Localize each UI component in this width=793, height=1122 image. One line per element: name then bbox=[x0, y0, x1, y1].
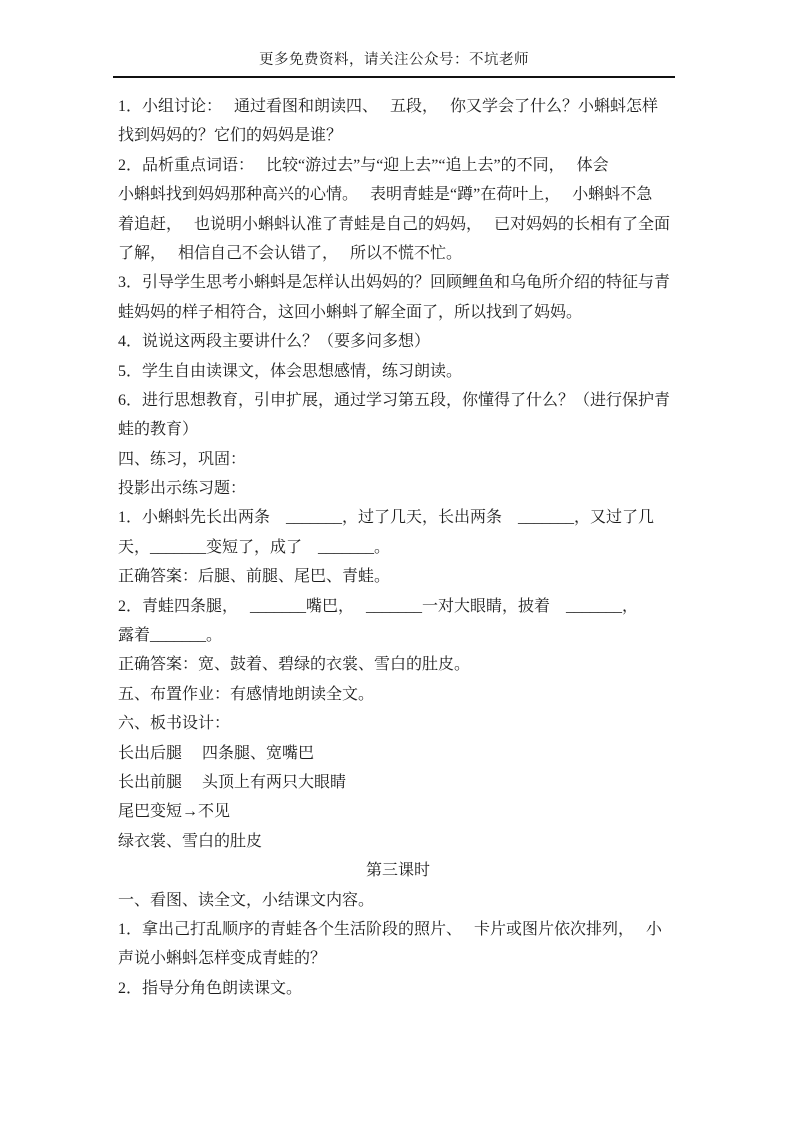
doc-line: 2．品析重点词语： 比较“游过去”与“迎上去”“追上去”的不同， 体会 bbox=[118, 151, 678, 180]
document-body: 1．小组讨论： 通过看图和朗读四、 五段， 你又学会了什么？小蝌蚪怎样 找到妈妈… bbox=[118, 92, 678, 1003]
doc-line: 一、看图、读全文，小结课文内容。 bbox=[118, 886, 678, 915]
doc-line: 2．指导分角色朗读课文。 bbox=[118, 974, 678, 1003]
doc-line: 五、布置作业：有感情地朗读全文。 bbox=[118, 680, 678, 709]
doc-line: 蛙的教育） bbox=[118, 415, 678, 444]
doc-line-board-design: 绿衣裳、雪白的肚皮 bbox=[118, 827, 678, 856]
doc-line-answer: 正确答案：宽、鼓着、碧绿的衣裳、雪白的肚皮。 bbox=[118, 650, 678, 679]
doc-line: 六、板书设计： bbox=[118, 709, 678, 738]
doc-line-board-design: 长出前腿 头顶上有两只大眼睛 bbox=[118, 768, 678, 797]
doc-line: 小蝌蚪找到妈妈那种高兴的心情。 表明青蛙是“蹲”在荷叶上， 小蝌蚪不急 bbox=[118, 180, 678, 209]
doc-line: 4．说说这两段主要讲什么？（要多问多想） bbox=[118, 327, 678, 356]
page-header-note: 更多免费资料，请关注公众号：不坑老师 bbox=[113, 50, 675, 78]
doc-line-board-design: 长出后腿 四条腿、宽嘴巴 bbox=[118, 739, 678, 768]
document-page: 更多免费资料，请关注公众号：不坑老师 1．小组讨论： 通过看图和朗读四、 五段，… bbox=[0, 0, 793, 1122]
doc-line-answer: 正确答案：后腿、前腿、尾巴、青蛙。 bbox=[118, 562, 678, 591]
doc-line: 5．学生自由读课文，体会思想感情，练习朗读。 bbox=[118, 357, 678, 386]
doc-line: 3．引导学生思考小蝌蚪是怎样认出妈妈的？回顾鲤鱼和乌龟所介绍的特征与青 bbox=[118, 268, 678, 297]
doc-line: 6．进行思想教育，引申扩展，通过学习第五段，你懂得了什么？（进行保护青 bbox=[118, 386, 678, 415]
doc-line: 了解， 相信自己不会认错了， 所以不慌不忙。 bbox=[118, 239, 678, 268]
doc-line: 1．小组讨论： 通过看图和朗读四、 五段， 你又学会了什么？小蝌蚪怎样 bbox=[118, 92, 678, 121]
doc-line: 找到妈妈的？它们的妈妈是谁？ bbox=[118, 121, 678, 150]
doc-line-blank-exercise: 天，_______变短了，成了 _______。 bbox=[118, 533, 678, 562]
doc-line: 声说小蝌蚪怎样变成青蛙的？ bbox=[118, 944, 678, 973]
doc-line: 蛙妈妈的样子相符合，这回小蝌蚪了解全面了，所以找到了妈妈。 bbox=[118, 298, 678, 327]
doc-line-blank-exercise: 2．青蛙四条腿， _______嘴巴， _______一对大眼睛，披着 ____… bbox=[118, 592, 678, 621]
doc-line-board-design: 尾巴变短→不见 bbox=[118, 797, 678, 826]
doc-line: 四、练习，巩固： bbox=[118, 445, 678, 474]
header-text: 更多免费资料，请关注公众号：不坑老师 bbox=[259, 52, 529, 68]
doc-line: 1．拿出己打乱顺序的青蛙各个生活阶段的照片、 卡片或图片依次排列， 小 bbox=[118, 915, 678, 944]
doc-line-blank-exercise: 1．小蝌蚪先长出两条 _______，过了几天，长出两条 _______，又过了… bbox=[118, 503, 678, 532]
doc-line: 着追赶， 也说明小蝌蚪认准了青蛙是自己的妈妈， 已对妈妈的长相有了全面 bbox=[118, 210, 678, 239]
doc-line-blank-exercise: 露着_______。 bbox=[118, 621, 678, 650]
heading-third-lesson: 第三课时 bbox=[118, 856, 678, 885]
doc-line: 投影出示练习题： bbox=[118, 474, 678, 503]
